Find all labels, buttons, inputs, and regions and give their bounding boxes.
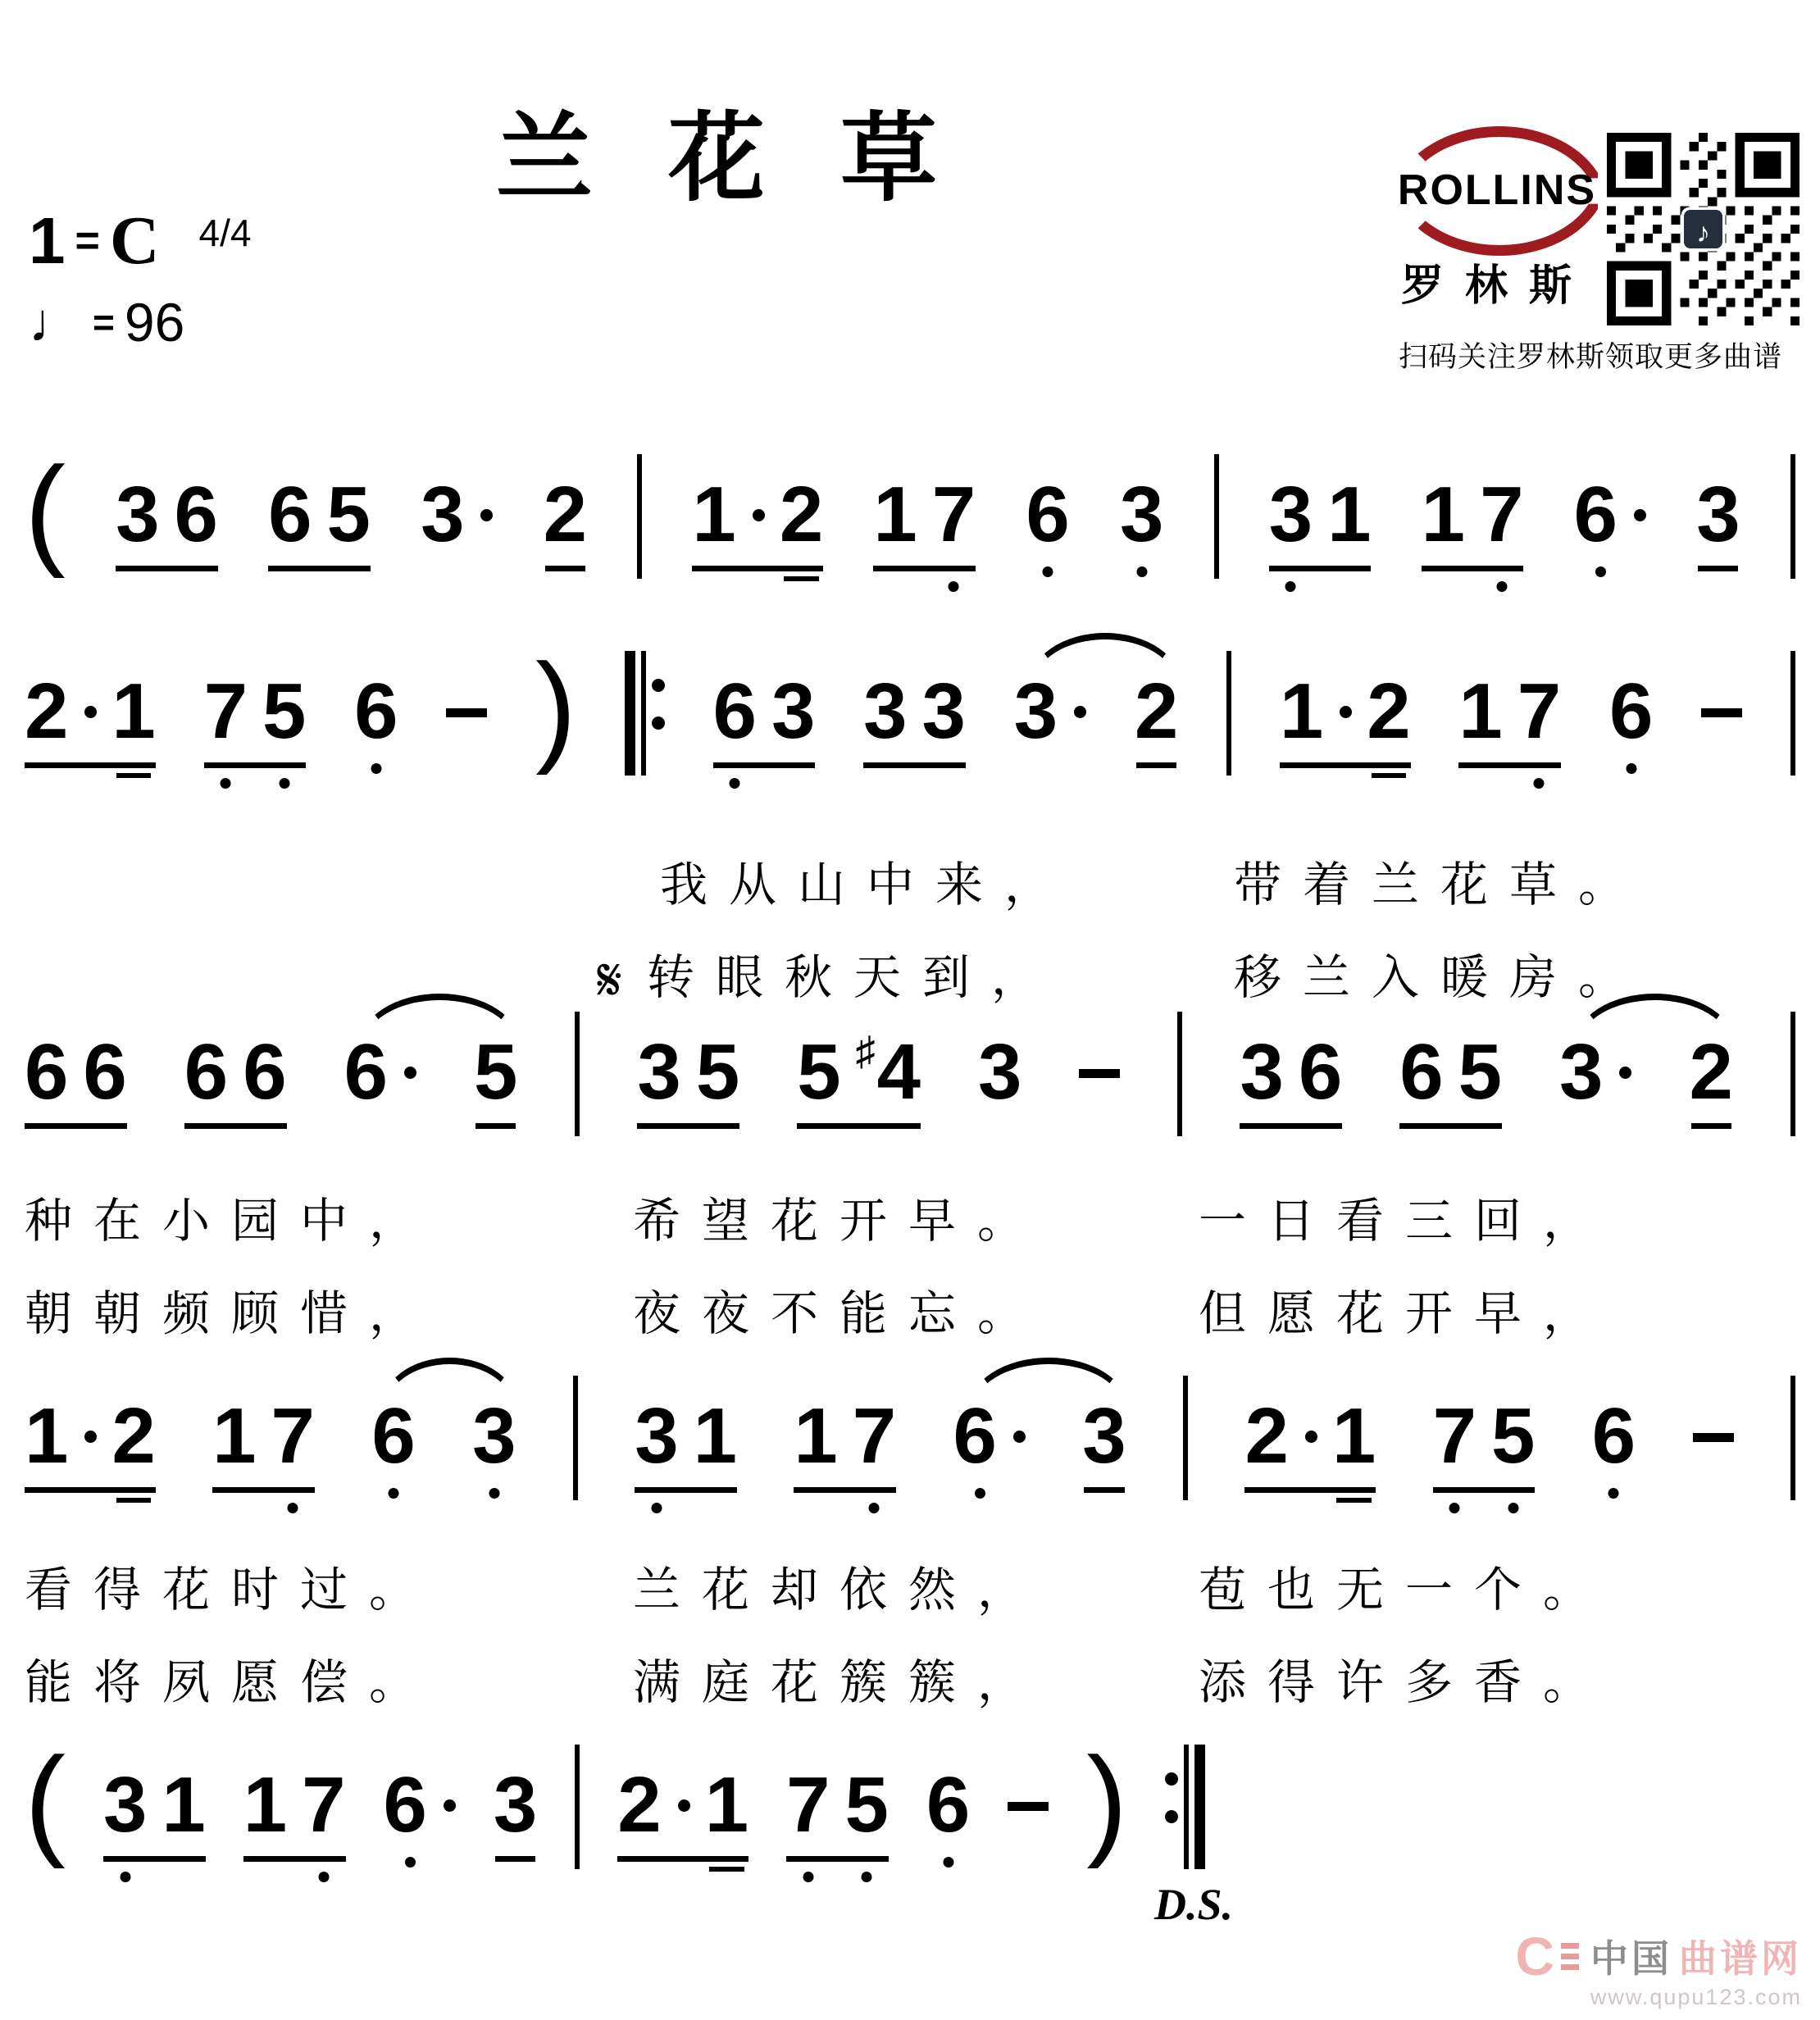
note-digit: 2 (1367, 671, 1410, 753)
note: 1 (111, 671, 155, 753)
note: 6 (25, 1031, 68, 1113)
low-octave-dot (949, 581, 959, 592)
note: 6 (926, 1764, 970, 1846)
low-octave-dot (120, 1872, 130, 1882)
note-group: 17 (243, 1764, 346, 1846)
brand-logo: ROLLINS (1385, 138, 1608, 236)
note-group: 31 (1269, 474, 1372, 556)
barline (1790, 454, 1795, 579)
lyric-segment: 添得许多香。 (1199, 1644, 1612, 1713)
watermark-logo-icon: C (1515, 1929, 1554, 1983)
thick-bar (1194, 1745, 1205, 1869)
barline (1226, 651, 1231, 776)
note-group: 75 (1433, 1395, 1536, 1477)
beam-underline (184, 1123, 287, 1129)
lyric-verse-row: 能将夙愿偿。满庭花簇簇，添得许多香。 (0, 1644, 1820, 1726)
note-digit: 3 (922, 671, 966, 753)
lyric-segment: 种在小园中， (25, 1182, 438, 1251)
lyric-verse-row: 朝朝频顾惜，夜夜不能忘。但愿花开早， (0, 1275, 1820, 1357)
barline (573, 1376, 578, 1500)
sixteenth-underline (116, 773, 152, 778)
note: 3 (116, 474, 159, 556)
sixteenth-underline (1372, 773, 1407, 778)
note-digit: 2 (25, 671, 68, 753)
note-digit: 6 (926, 1764, 970, 1846)
barline (1214, 454, 1219, 579)
augmentation-dot (444, 1799, 456, 1812)
note-digit: 1 (243, 1764, 287, 1846)
lyric-verse-row: 种在小园中，希望花开早。一日看三回， (0, 1182, 1820, 1264)
eighth-underline (1691, 1123, 1731, 1129)
augmentation-dot (1634, 509, 1646, 521)
lyric-block-2: 种在小园中，希望花开早。一日看三回，朝朝频顾惜，夜夜不能忘。但愿花开早， (0, 1182, 1820, 1371)
note: 6 (354, 671, 398, 753)
note: 3 (103, 1764, 147, 1846)
dash-note (1701, 708, 1742, 717)
note-digit: 6 (713, 671, 757, 753)
beam-underline (873, 566, 976, 571)
lyric-segment: 但愿花开早， (1199, 1275, 1612, 1344)
note: 2 (1244, 1395, 1317, 1477)
note: 2 (780, 474, 823, 556)
note: 6 (1299, 1031, 1342, 1113)
note-digit: 7 (853, 1395, 896, 1477)
beam-underline (692, 566, 823, 571)
note: 1 (162, 1764, 205, 1846)
note-digit: 5 (797, 1031, 840, 1113)
lyric-segment: 我从山中来， (660, 846, 1073, 915)
note: 3 (494, 1764, 537, 1846)
low-octave-dot (1595, 566, 1606, 577)
eighth-underline (1136, 762, 1176, 768)
note-group: 63 (713, 671, 816, 753)
note-group: 66 (25, 1031, 127, 1113)
watermark-row: C 中国 曲谱网 (1515, 1929, 1802, 1983)
note-group: 21 (617, 1764, 748, 1846)
note: 2 (544, 474, 587, 556)
note: 6 (1026, 474, 1069, 556)
low-octave-dot (1449, 1503, 1460, 1513)
beam-underline (635, 1487, 737, 1493)
note-digit: 7 (786, 1764, 830, 1846)
page-title: 兰花草 (0, 80, 1508, 220)
note-group: 17 (794, 1395, 896, 1477)
note-digit: 6 (25, 1031, 68, 1113)
key-signature: 1 = C 4/4 (29, 207, 252, 275)
note-digit: 5 (696, 1031, 739, 1113)
note: 6 (1592, 1395, 1636, 1477)
note-group: 17 (1458, 671, 1561, 753)
note: 3 (1696, 474, 1740, 556)
note-digit: 7 (271, 1395, 315, 1477)
note-digit: 3 (771, 671, 815, 753)
watermark-logo-bars (1561, 1943, 1579, 1970)
low-octave-dot (318, 1872, 329, 1882)
key-equals: = (75, 216, 100, 266)
note-group: 31 (103, 1764, 206, 1846)
low-octave-dot (1496, 581, 1507, 592)
note: 7 (786, 1764, 830, 1846)
lyric-block-3: 看得花时过。兰花却依然，苞也无一个。能将夙愿偿。满庭花簇簇，添得许多香。 (0, 1551, 1820, 1740)
low-octave-dot (943, 1857, 953, 1868)
sheet-music-page: { "page": {"background": "#ffffff", "ink… (0, 0, 1820, 2020)
note-digit: 3 (103, 1764, 147, 1846)
augmentation-dot (480, 509, 493, 521)
low-octave-dot (803, 1872, 813, 1882)
augmentation-dot (1619, 1067, 1631, 1079)
low-octave-dot (489, 1488, 499, 1499)
note: 6 (1399, 1031, 1443, 1113)
beam-underline (1280, 762, 1411, 768)
note-group: 65 (1399, 1031, 1502, 1113)
note: 6 (175, 474, 218, 556)
segno-icon: 𝄋 (597, 948, 644, 1013)
low-octave-dot (1285, 581, 1296, 592)
augmentation-dot (404, 1067, 416, 1079)
note-digit: 6 (1026, 474, 1069, 556)
note-digit: 5 (327, 474, 371, 556)
note: 6 (184, 1031, 228, 1113)
low-octave-dot (1043, 566, 1053, 577)
augmentation-dot (678, 1799, 690, 1812)
note: 1 (705, 1764, 748, 1846)
beam-underline (25, 1487, 156, 1493)
beam-underline (1433, 1487, 1536, 1493)
beam-underline (786, 1856, 889, 1862)
note: 5 (1491, 1395, 1535, 1477)
note: 2 (25, 671, 97, 753)
note-digit: 3 (1269, 474, 1313, 556)
low-octave-dot (1534, 778, 1545, 789)
brand-name-cn: 罗林斯 (1385, 251, 1608, 312)
note: 3 (1240, 1031, 1283, 1113)
eighth-underline (1084, 1487, 1124, 1493)
note-digit: 7 (1433, 1395, 1476, 1477)
music-line-3: 666665355♯43366532 (25, 1031, 1795, 1136)
note-digit: 6 (83, 1031, 126, 1113)
beam-underline (1422, 566, 1524, 571)
note-digit: 6 (354, 671, 398, 753)
note-digit: 6 (1592, 1395, 1636, 1477)
note-digit: 7 (204, 671, 248, 753)
note-group: 17 (1422, 474, 1524, 556)
sixteenth-underline (709, 1867, 744, 1872)
note-digit: 7 (932, 474, 976, 556)
note-digit: 1 (1327, 474, 1371, 556)
note-group: 75 (786, 1764, 889, 1846)
beam-underline (1240, 1123, 1342, 1129)
note: 3 (922, 671, 966, 753)
music-line-4: 12176331176321756 (25, 1395, 1795, 1500)
lyric-segment: 看得花时过。 (25, 1551, 438, 1620)
note: 2 (1367, 671, 1410, 753)
lyric-segment: 一日看三回， (1199, 1182, 1612, 1251)
note-digit: 6 (1574, 474, 1618, 556)
low-octave-dot (730, 778, 740, 789)
note-digit: 3 (421, 474, 464, 556)
thick-bar (625, 651, 635, 776)
note: 3 (863, 671, 907, 753)
note-digit: 6 (1609, 671, 1653, 753)
note: 6 (1609, 671, 1653, 753)
lyric-segment: 满庭花簇簇， (633, 1644, 1046, 1713)
dash-note (446, 708, 487, 717)
note-digit: 1 (705, 1764, 748, 1846)
note-group: 35 (637, 1031, 739, 1113)
note-group: 36 (116, 474, 218, 556)
note-digit: 2 (780, 474, 823, 556)
note: 5 (262, 671, 306, 753)
beam-underline (25, 762, 156, 768)
note: 5 (327, 474, 371, 556)
sixteenth-underline (116, 1498, 152, 1503)
note-digit: 1 (794, 1395, 837, 1477)
note-digit: 1 (162, 1764, 205, 1846)
note-group: 36 (1240, 1031, 1342, 1113)
note: 2 (617, 1764, 689, 1846)
note-digit: 5 (1491, 1395, 1535, 1477)
eighth-underline (1698, 566, 1738, 571)
open-paren: ( (25, 1759, 66, 1841)
note: 7 (1517, 671, 1561, 753)
lyric-segment: 夜夜不能忘。 (633, 1275, 1046, 1344)
qr-code: ♪ (1607, 133, 1800, 325)
note-digit: 4 (877, 1031, 921, 1113)
music-line-2: 21756)63333212176 (25, 671, 1795, 776)
note-digit: 6 (268, 474, 312, 556)
note-digit: 1 (1422, 474, 1465, 556)
lyric-segment: 移兰入暖房。 (1234, 939, 1647, 1008)
repeat-dots (652, 679, 665, 730)
note-digit: 2 (617, 1764, 661, 1846)
note-group: 5♯4 (797, 1031, 921, 1113)
low-octave-dot (1136, 566, 1147, 577)
note: 3 (635, 1395, 678, 1477)
note-group: 33 (863, 671, 966, 753)
note: 5 (696, 1031, 739, 1113)
quarter-note-icon: ♩ (29, 295, 83, 349)
note: 3 (421, 474, 493, 556)
note-group: 31 (635, 1395, 737, 1477)
lyric-segment: 𝄋转眼秋天到， (597, 939, 1060, 1016)
close-paren: ) (1086, 1759, 1127, 1841)
sharp-icon: ♯ (856, 1029, 876, 1074)
beam-underline (1458, 762, 1561, 768)
note-group: 12 (25, 1395, 156, 1477)
note-group: 21 (25, 671, 156, 753)
open-paren: ( (25, 469, 66, 551)
note-group: 17 (873, 474, 976, 556)
note: ♯4 (856, 1031, 921, 1113)
low-octave-dot (975, 1488, 985, 1499)
beam-underline (1269, 566, 1372, 571)
augmentation-dot (1074, 706, 1086, 718)
ds-marking: D.S. (1154, 1879, 1233, 1930)
note-digit: 3 (116, 474, 159, 556)
beam-underline (797, 1123, 921, 1129)
note-digit: 3 (1696, 474, 1740, 556)
note-digit: 2 (111, 1395, 155, 1477)
note: 6 (1574, 474, 1646, 556)
note: 2 (111, 1395, 155, 1477)
beam-underline (116, 566, 218, 571)
note: 5 (1458, 1031, 1502, 1113)
lyric-segment: 兰花却依然， (633, 1551, 1046, 1620)
music-line-5: (31176321756) (25, 1764, 1287, 1869)
time-signature: 4/4 (199, 211, 252, 255)
augmentation-dot (1305, 1431, 1317, 1443)
music-line-1: (366532121763311763 (25, 474, 1795, 579)
tempo-marking: ♩ = 96 (29, 295, 184, 349)
note-digit: 1 (25, 1395, 68, 1477)
repeat-start-barline (625, 671, 665, 776)
beam-underline (794, 1487, 896, 1493)
site-watermark: C 中国 曲谱网 www.qupu123.com (1515, 1929, 1802, 2010)
note: 1 (794, 1395, 837, 1477)
thin-bar (641, 651, 646, 776)
beam-underline (268, 566, 371, 571)
augmentation-dot (1013, 1431, 1026, 1443)
note: 1 (692, 474, 764, 556)
note-digit: 3 (1120, 474, 1163, 556)
note-digit: 6 (1299, 1031, 1342, 1113)
sixteenth-underline (784, 576, 819, 581)
note: 7 (302, 1764, 345, 1846)
note-digit: 5 (262, 671, 306, 753)
note-group: 66 (184, 1031, 287, 1113)
low-octave-dot (288, 1503, 298, 1513)
beam-underline (25, 1123, 127, 1129)
note: 6 (243, 1031, 286, 1113)
key-tonic: C (110, 207, 160, 275)
note-digit: 5 (1458, 1031, 1502, 1113)
note: 3 (978, 1031, 1021, 1113)
note-group: 12 (1280, 671, 1411, 753)
note-digit: 1 (873, 474, 917, 556)
watermark-url: www.qupu123.com (1590, 1985, 1802, 2010)
note-digit: 2 (544, 474, 587, 556)
eighth-underline (495, 1856, 535, 1862)
note: 5 (844, 1764, 888, 1846)
dash-note (1079, 1069, 1120, 1078)
augmentation-dot (84, 1431, 97, 1443)
note-digit: 7 (302, 1764, 345, 1846)
note-group: 21 (1244, 1395, 1376, 1477)
note: 6 (83, 1031, 126, 1113)
low-octave-dot (221, 778, 231, 789)
beam-underline (1399, 1123, 1502, 1129)
note-digit: 6 (175, 474, 218, 556)
note: 7 (1480, 474, 1523, 556)
note: 6 (713, 671, 757, 753)
note-digit: 1 (212, 1395, 256, 1477)
note: 7 (932, 474, 976, 556)
note: 1 (212, 1395, 256, 1477)
note-digit: 3 (863, 671, 907, 753)
note: 1 (1280, 671, 1352, 753)
brand-block: ROLLINS 罗林斯 (1385, 138, 1608, 312)
watermark-site-name-red: 曲谱网 (1679, 1929, 1802, 1983)
qr-tagline: 扫码关注罗林斯领取更多曲谱 (1381, 334, 1800, 375)
note: 7 (1433, 1395, 1476, 1477)
note-digit: 1 (1280, 671, 1323, 753)
note: 3 (1269, 474, 1313, 556)
low-octave-dot (1508, 1503, 1518, 1513)
repeat-end-barline (1165, 1764, 1205, 1869)
eighth-underline (475, 1123, 516, 1129)
note: 1 (25, 1395, 97, 1477)
lyric-segment: 朝朝频顾惜， (25, 1275, 438, 1344)
beam-underline (713, 762, 816, 768)
beam-underline (863, 762, 966, 768)
note-digit: 7 (1517, 671, 1561, 753)
note-group: 12 (692, 474, 823, 556)
note-group: 65 (268, 474, 371, 556)
beam-underline (212, 1487, 315, 1493)
note-digit: 3 (1240, 1031, 1283, 1113)
note-digit: 6 (384, 1764, 427, 1846)
low-octave-dot (405, 1857, 416, 1868)
note: 1 (1422, 474, 1465, 556)
dash-note (1008, 1802, 1049, 1811)
note-digit: 3 (978, 1031, 1021, 1113)
low-octave-dot (279, 778, 289, 789)
key-scale-degree: 1 (29, 208, 66, 274)
note-digit: 1 (692, 474, 735, 556)
note: 6 (384, 1764, 456, 1846)
note-digit: 5 (844, 1764, 888, 1846)
note: 7 (204, 671, 248, 753)
note-digit: 3 (637, 1031, 680, 1113)
watermark-site-name-gray: 中国 (1590, 1929, 1672, 1983)
low-octave-dot (1608, 1488, 1619, 1499)
note-digit: 1 (111, 671, 155, 753)
note: 7 (853, 1395, 896, 1477)
note-digit: 1 (694, 1395, 737, 1477)
beam-underline (617, 1856, 748, 1862)
beam-underline (637, 1123, 739, 1129)
augmentation-dot (753, 509, 765, 521)
sixteenth-underline (1336, 1498, 1372, 1503)
barline (1183, 1376, 1188, 1500)
note-digit: 3 (635, 1395, 678, 1477)
barline (1790, 651, 1795, 776)
beam-underline (243, 1856, 346, 1862)
low-octave-dot (862, 1872, 872, 1882)
lyric-verse-row: 𝄋转眼秋天到，移兰入暖房。 (0, 939, 1820, 1021)
note-digit: 3 (494, 1764, 537, 1846)
dash-note (1693, 1433, 1734, 1442)
note-group: 75 (204, 671, 307, 753)
close-paren: ) (535, 666, 576, 748)
note-digit: 1 (1458, 671, 1502, 753)
note-digit: 6 (1399, 1031, 1443, 1113)
note: 1 (1332, 1395, 1376, 1477)
low-octave-dot (371, 763, 381, 774)
note: 3 (637, 1031, 680, 1113)
lyric-verse-row: 我从山中来，带着兰花草。 (0, 846, 1820, 928)
lyric-segment: 能将夙愿偿。 (25, 1644, 438, 1713)
beam-underline (204, 762, 307, 768)
tempo-bpm: 96 (125, 295, 184, 349)
note: 1 (243, 1764, 287, 1846)
note: 7 (271, 1395, 315, 1477)
low-octave-dot (651, 1503, 662, 1513)
note: 1 (694, 1395, 737, 1477)
note: 1 (873, 474, 917, 556)
low-octave-dot (389, 1488, 399, 1499)
repeat-dots (1165, 1772, 1178, 1823)
